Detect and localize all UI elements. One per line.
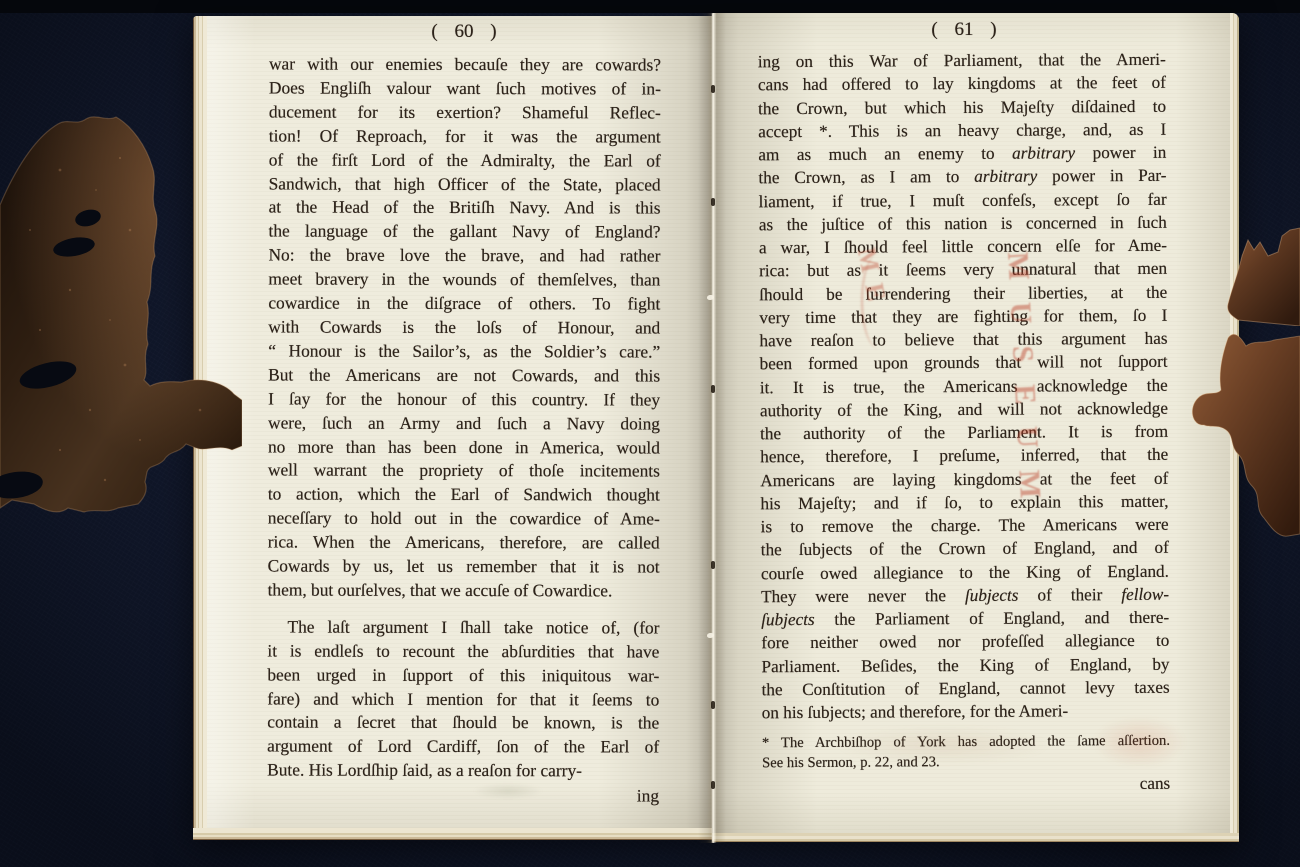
open-book: ( 60 ) ( 61 ) war with our enemies becau…	[193, 13, 1239, 843]
left-page-number: ( 60 )	[268, 21, 660, 43]
text-line: cowardice in the diſgrace of others. To …	[268, 292, 660, 317]
metal-clasp-left	[0, 110, 242, 570]
metal-clasp-right-upper-shape	[1224, 222, 1300, 326]
text-line: ſhould be ſurrendering their liberties, …	[759, 280, 1167, 306]
text-line: rica: but as it ſeems very unnatural tha…	[759, 257, 1167, 283]
text-line: Americans are laying kingdoms at the fee…	[760, 466, 1168, 492]
text-line: courſe owed allegiance to the King of En…	[761, 559, 1169, 585]
book-gutter	[698, 13, 726, 843]
text-line: fare) and which I mention for that it ſe…	[267, 687, 659, 712]
left-page-text: war with our enemies becauſe they are co…	[267, 52, 661, 808]
text-line: the Crown, as I am to arbitrary power in…	[758, 164, 1166, 190]
left-page-body: war with our enemies becauſe they are co…	[267, 52, 661, 783]
left-page-bottom-edge	[193, 828, 712, 840]
stitch-hole	[711, 385, 715, 393]
stitch-hole	[711, 781, 715, 789]
text-line: tion! Of Reproach, for it was the argume…	[269, 124, 661, 149]
metal-clasp-left-shape	[0, 110, 242, 565]
text-line: hence, therefore, I preſume, inferred, t…	[760, 443, 1168, 469]
text-line: the authority of the Parliament. It is f…	[760, 420, 1168, 446]
paper-tear	[707, 295, 714, 300]
text-line: meet bravery in the wounds of themſelves…	[268, 268, 660, 293]
text-line: neceſſary to hold out in the cowardice o…	[268, 507, 660, 532]
text-line: Does Engliſh valour want ſuch motives of…	[269, 76, 661, 101]
text-line: very time that they are fighting for the…	[759, 304, 1167, 330]
text-line: to action, which the Earl of Sandwich th…	[268, 483, 660, 508]
text-line: ing on this War of Parliament, that the …	[758, 48, 1166, 74]
text-line: at the Head of the Britiſh Navy. And is …	[269, 196, 661, 221]
text-line: the Crown, but which his Majeſty diſdain…	[758, 94, 1166, 120]
right-page-number: ( 61 )	[760, 19, 1168, 41]
text-line: it is endleſs to recount the abſurdities…	[267, 639, 659, 664]
text-line: ſubjects the Parliament of England, and …	[761, 606, 1169, 632]
text-line: Bute. His Lordſhip ſaid, as a reaſon for…	[267, 759, 659, 784]
text-line: “ Honour is the Sailor’s, as the Soldier…	[268, 339, 660, 364]
text-line: of the firſt Lord of the Admiralty, the …	[269, 148, 661, 173]
text-line: Parliament. Beſides, the King of England…	[761, 652, 1169, 678]
right-catchword: cans	[762, 772, 1170, 798]
text-line: Sandwich, that high Officer of the State…	[269, 172, 661, 197]
text-line: ducement for its exertion? Shameful Refl…	[269, 100, 661, 125]
paragraph-gap	[268, 602, 660, 616]
stitch-hole	[711, 85, 715, 93]
text-line: it. It is true, the Americans acknowledg…	[760, 373, 1168, 399]
paper-tear	[707, 633, 714, 638]
left-catchword: ing	[267, 784, 659, 809]
text-line: the Conſtitution of England, cannot levy…	[762, 675, 1170, 701]
right-page-text: ing on this War of Parliament, that the …	[758, 48, 1171, 798]
text-line: no more than has been done in America, w…	[268, 435, 660, 460]
stitch-hole	[711, 561, 715, 569]
photo-top-edge	[0, 0, 1300, 13]
text-line: well warrant the propriety of thoſe inci…	[268, 459, 660, 484]
text-line: were, ſuch an Army and ſuch a Navy doing	[268, 411, 660, 436]
text-line: accept *. This is an heavy charge, and, …	[758, 118, 1166, 144]
text-line: authority of the King, and will not ackn…	[760, 397, 1168, 423]
text-line: the ſubjects of the Crown of England, an…	[761, 536, 1169, 562]
text-line: war with our enemies becauſe they are co…	[269, 52, 661, 77]
text-line: Cowards by us, let us remember that it i…	[268, 555, 660, 580]
right-page-body: ing on this War of Parliament, that the …	[758, 48, 1170, 725]
metal-clasp-right-lower	[1190, 328, 1300, 545]
text-line: as the juſtice of this nation is concern…	[759, 211, 1167, 237]
text-line: liament, if true, I muſt confeſs, except…	[759, 187, 1167, 213]
text-line: am as much an enemy to arbitrary power i…	[758, 141, 1166, 167]
right-page-bottom-edge	[712, 833, 1239, 842]
text-line: been formed upon grounds that will not ſ…	[760, 350, 1168, 376]
text-line: The laſt argument I ſhall take notice of…	[267, 615, 659, 640]
text-line: fore neither owed nor profeſſed allegian…	[761, 629, 1169, 655]
text-line: them, but ourſelves, that we accuſe of C…	[268, 578, 660, 603]
text-line: with Cowards is the loſs of Honour, and	[268, 315, 660, 340]
showthrough-text-left	[473, 783, 543, 799]
text-line: But the Americans are not Cowards, and t…	[268, 363, 660, 388]
text-line: on his ſubjects; and therefore, for the …	[762, 699, 1170, 725]
metal-clasp-right-upper	[1224, 222, 1300, 331]
red-ink-stamp-border	[861, 253, 897, 349]
stitch-hole	[711, 198, 715, 206]
text-line: cans had offered to lay kingdoms at the …	[758, 71, 1166, 97]
stitch-hole	[711, 701, 715, 709]
text-line: I ſay for the honour of this country. If…	[268, 387, 660, 412]
showthrough-text-right	[833, 725, 1053, 765]
text-line: They were never the ſubjects of their fe…	[761, 583, 1169, 609]
text-line: a war, I ſhould feel little concern elſe…	[759, 234, 1167, 260]
text-line: the language of the gallant Navy of Engl…	[268, 220, 660, 245]
text-line: rica. When the Americans, therefore, are…	[268, 531, 660, 556]
text-line: his Majeſty; and if ſo, to explain this …	[760, 490, 1168, 516]
text-line: have reaſon to believe that this argumen…	[759, 327, 1167, 353]
text-line: been urged in ſupport of this iniquitous…	[267, 663, 659, 688]
text-line: is to remove the charge. The Americans w…	[761, 513, 1169, 539]
red-ink-bleedthrough	[1092, 716, 1187, 768]
metal-clasp-right-lower-shape	[1190, 328, 1300, 540]
text-line: No: the brave love the brave, and had ra…	[268, 244, 660, 269]
text-line: contain a ſecret that ſhould be known, i…	[267, 711, 659, 736]
text-line: argument of Lord Cardiff, ſon of the Ear…	[267, 735, 659, 760]
